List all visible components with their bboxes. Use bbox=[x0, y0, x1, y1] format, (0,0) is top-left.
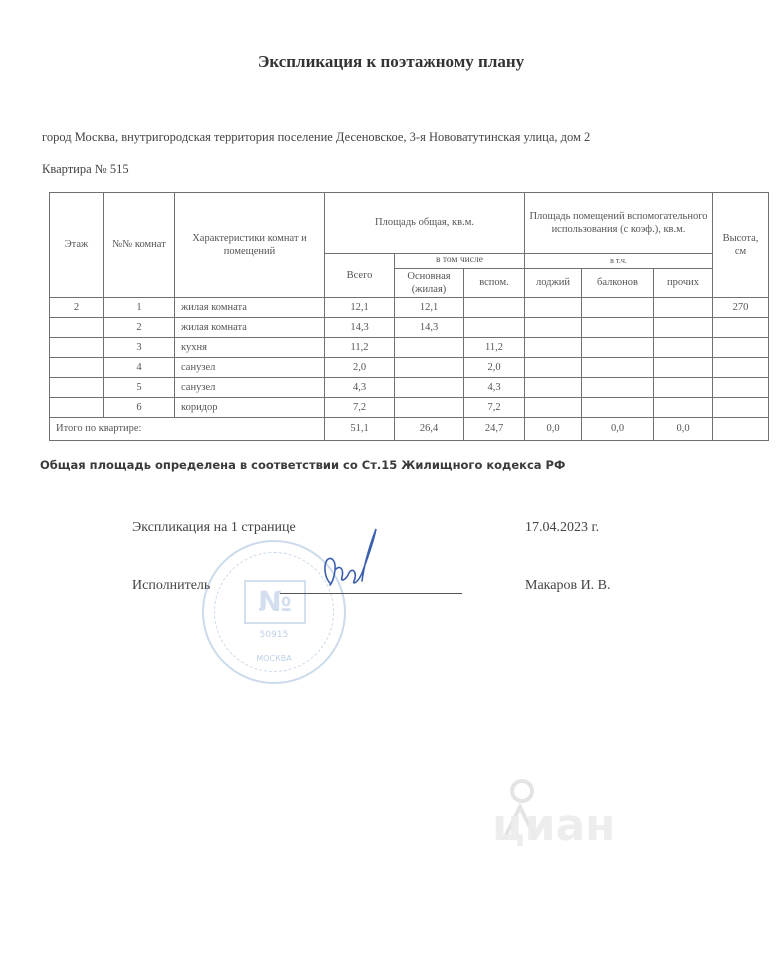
cell-height bbox=[713, 378, 769, 398]
cell-height bbox=[713, 358, 769, 378]
totals-loggia: 0,0 bbox=[525, 418, 582, 441]
cell-room-desc: жилая комната bbox=[175, 318, 325, 338]
cell-floor bbox=[50, 358, 104, 378]
cell-height bbox=[713, 398, 769, 418]
header-other: прочих bbox=[654, 269, 713, 298]
cell-height bbox=[713, 338, 769, 358]
totals-other: 0,0 bbox=[654, 418, 713, 441]
stamp-emblem-icon: № bbox=[244, 580, 306, 624]
cell-loggia bbox=[525, 318, 582, 338]
cell-loggia bbox=[525, 398, 582, 418]
cell-room-desc: санузел bbox=[175, 378, 325, 398]
totals-label: Итого по квартире: bbox=[50, 418, 325, 441]
header-total-area: Площадь общая, кв.м. bbox=[325, 193, 525, 254]
document-date: 17.04.2023 г. bbox=[525, 520, 599, 536]
cell-loggia bbox=[525, 338, 582, 358]
header-balconies: балконов bbox=[582, 269, 654, 298]
legal-note: Общая площадь определена в соответствии … bbox=[40, 458, 565, 472]
totals-all: 51,1 bbox=[325, 418, 395, 441]
header-all: Всего bbox=[325, 254, 395, 298]
cell-room-desc: санузел bbox=[175, 358, 325, 378]
cell-balcony bbox=[582, 358, 654, 378]
signature-icon bbox=[318, 525, 378, 595]
cell-loggia bbox=[525, 358, 582, 378]
cell-loggia bbox=[525, 378, 582, 398]
cell-height: 270 bbox=[713, 298, 769, 318]
table-row: 3кухня11,211,2 bbox=[50, 338, 769, 358]
cell-all: 4,3 bbox=[325, 378, 395, 398]
cell-other bbox=[654, 378, 713, 398]
cell-other bbox=[654, 318, 713, 338]
cell-room-desc: кухня bbox=[175, 338, 325, 358]
cell-balcony bbox=[582, 318, 654, 338]
cell-other bbox=[654, 298, 713, 318]
cell-all: 2,0 bbox=[325, 358, 395, 378]
cell-all: 7,2 bbox=[325, 398, 395, 418]
cell-floor bbox=[50, 318, 104, 338]
executor-name: Макаров И. В. bbox=[525, 578, 611, 594]
cell-floor bbox=[50, 378, 104, 398]
table-row: 5санузел4,34,3 bbox=[50, 378, 769, 398]
cell-main bbox=[395, 358, 464, 378]
cell-main: 14,3 bbox=[395, 318, 464, 338]
cell-balcony bbox=[582, 398, 654, 418]
page-title: Экспликация к поэтажному плану bbox=[0, 52, 782, 72]
header-aux-area: Площадь помещений вспомогательного испол… bbox=[525, 193, 713, 254]
cell-room-desc: коридор bbox=[175, 398, 325, 418]
table-row: 4санузел2,02,0 bbox=[50, 358, 769, 378]
header-height: Высота, см bbox=[713, 193, 769, 298]
cell-aux: 7,2 bbox=[464, 398, 525, 418]
executor-label: Исполнитель bbox=[132, 578, 210, 594]
cell-all: 14,3 bbox=[325, 318, 395, 338]
cell-all: 12,1 bbox=[325, 298, 395, 318]
totals-row: Итого по квартире: 51,1 26,4 24,7 0,0 0,… bbox=[50, 418, 769, 441]
cell-other bbox=[654, 338, 713, 358]
cell-room-desc: жилая комната bbox=[175, 298, 325, 318]
totals-balcony: 0,0 bbox=[582, 418, 654, 441]
cell-height bbox=[713, 318, 769, 338]
explication-table: Этаж №№ комнат Характеристики комнат и п… bbox=[49, 192, 769, 441]
cell-all: 11,2 bbox=[325, 338, 395, 358]
totals-main: 26,4 bbox=[395, 418, 464, 441]
address-line: город Москва, внутригородская территория… bbox=[42, 130, 590, 145]
totals-aux: 24,7 bbox=[464, 418, 525, 441]
cell-room-no: 3 bbox=[104, 338, 175, 358]
cell-floor: 2 bbox=[50, 298, 104, 318]
cell-other bbox=[654, 398, 713, 418]
cell-aux bbox=[464, 298, 525, 318]
cell-loggia bbox=[525, 298, 582, 318]
stamp-city: МОСКВА bbox=[204, 654, 344, 663]
cell-main bbox=[395, 378, 464, 398]
cell-balcony bbox=[582, 298, 654, 318]
header-main-living: Основная (жилая) bbox=[395, 269, 464, 298]
header-aux: вспом. bbox=[464, 269, 525, 298]
cell-aux: 2,0 bbox=[464, 358, 525, 378]
cell-main bbox=[395, 338, 464, 358]
cell-aux bbox=[464, 318, 525, 338]
cell-aux: 11,2 bbox=[464, 338, 525, 358]
cell-room-no: 1 bbox=[104, 298, 175, 318]
table-row: 2жилая комната14,314,3 bbox=[50, 318, 769, 338]
cell-aux: 4,3 bbox=[464, 378, 525, 398]
header-including: в том числе bbox=[395, 254, 525, 269]
cell-floor bbox=[50, 338, 104, 358]
apartment-number: Квартира № 515 bbox=[42, 162, 129, 177]
cell-other bbox=[654, 358, 713, 378]
cell-balcony bbox=[582, 338, 654, 358]
header-loggias: лоджий bbox=[525, 269, 582, 298]
table-row: 21жилая комната12,112,1270 bbox=[50, 298, 769, 318]
header-room-desc: Характеристики комнат и помещений bbox=[175, 193, 325, 298]
header-floor: Этаж bbox=[50, 193, 104, 298]
totals-height bbox=[713, 418, 769, 441]
cell-balcony bbox=[582, 378, 654, 398]
cell-room-no: 6 bbox=[104, 398, 175, 418]
header-incl-short: в т.ч. bbox=[525, 254, 713, 269]
table-row: 6коридор7,27,2 bbox=[50, 398, 769, 418]
cell-floor bbox=[50, 398, 104, 418]
header-room-no: №№ комнат bbox=[104, 193, 175, 298]
cell-room-no: 5 bbox=[104, 378, 175, 398]
cell-main: 12,1 bbox=[395, 298, 464, 318]
cell-room-no: 2 bbox=[104, 318, 175, 338]
watermark-text: циан bbox=[492, 800, 616, 851]
stamp-number: 50915 bbox=[204, 630, 344, 640]
pages-count: Экспликация на 1 странице bbox=[132, 520, 296, 536]
cell-room-no: 4 bbox=[104, 358, 175, 378]
cell-main bbox=[395, 398, 464, 418]
